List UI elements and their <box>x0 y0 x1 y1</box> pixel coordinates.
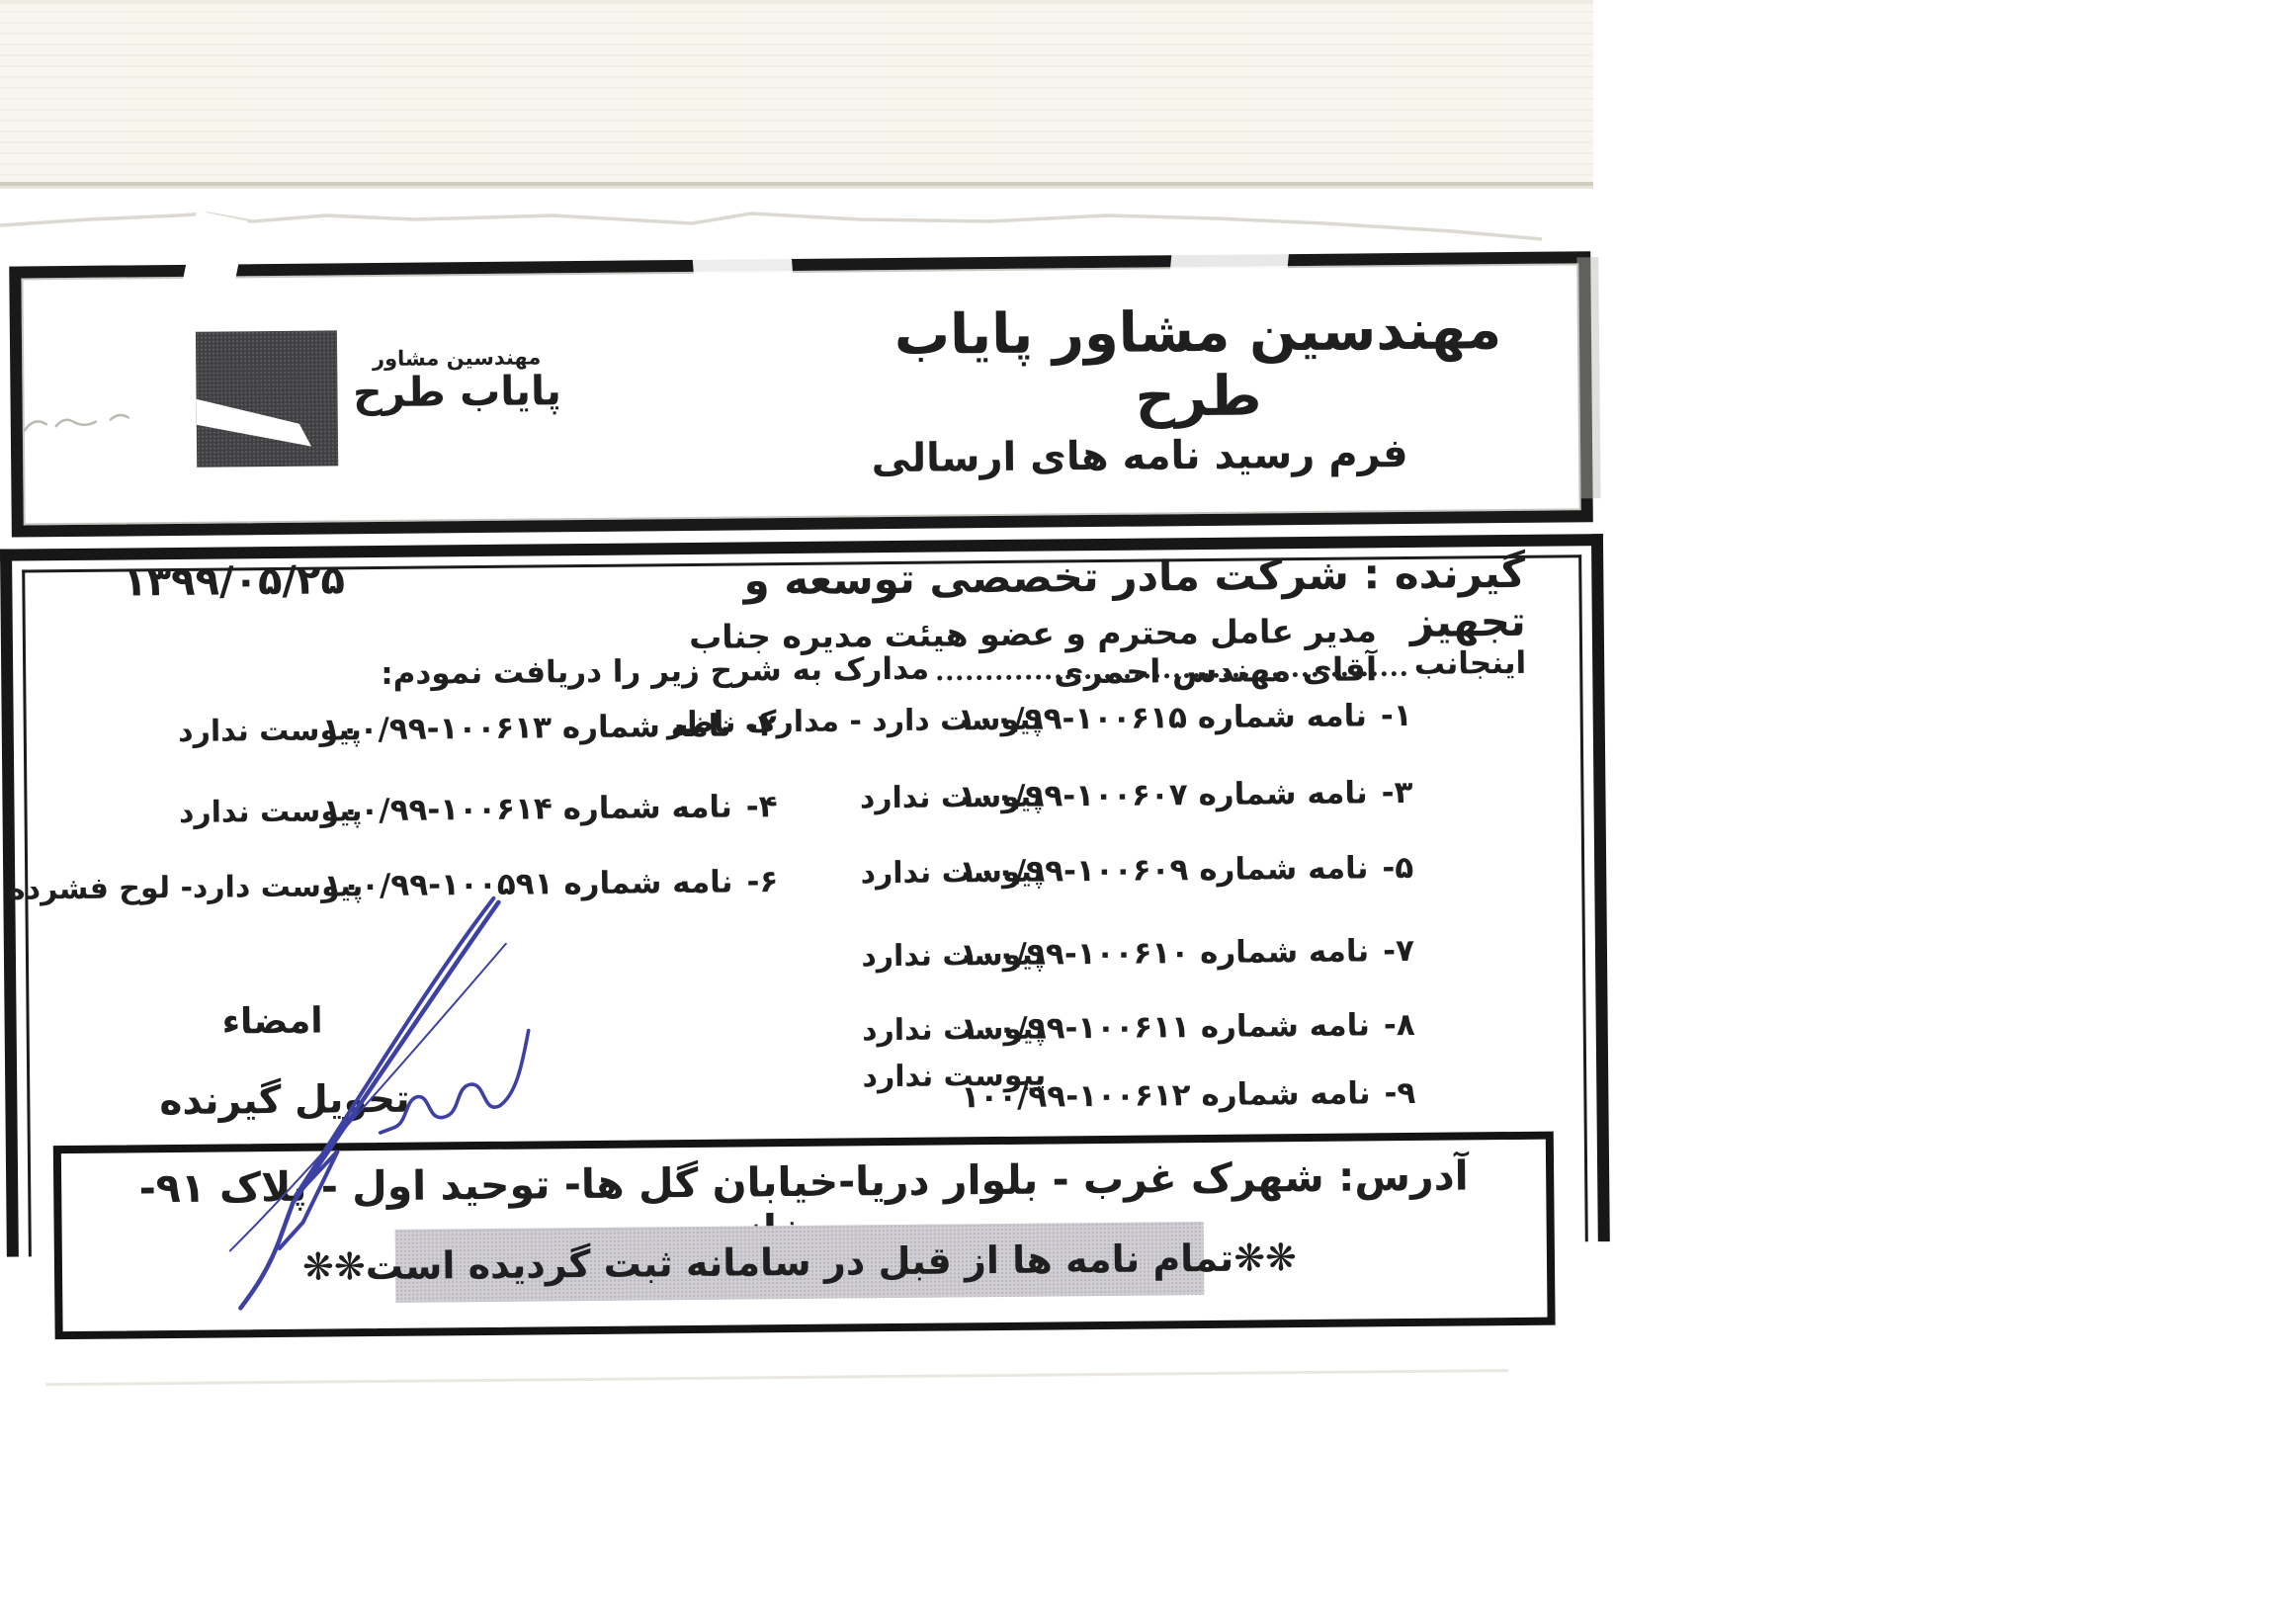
handwritten-signature <box>179 882 568 1325</box>
item-label: نامه شماره <box>1199 850 1368 888</box>
letter-item-2: ۲-نامه شماره ۱۰۰/۹۹-۱۰۰۶۱۳ پیوست ندارد <box>125 708 777 749</box>
letter-item-1: ۱-نامه شماره ۱۰۰/۹۹-۱۰۰۶۱۵ پیوست دارد - … <box>803 698 1412 739</box>
payab-logo-icon <box>196 330 338 467</box>
item-label: نامه شماره <box>1201 1075 1370 1113</box>
item-number: ۱- <box>1381 698 1412 733</box>
tear-patch <box>692 240 794 290</box>
item-label: نامه شماره <box>1198 775 1367 812</box>
form-subtitle: فرم رسید نامه های ارسالی <box>843 431 1436 482</box>
item-number: ۶- <box>746 864 778 899</box>
attachment-status: پیوست ندارد <box>125 794 362 830</box>
letter-item-5: ۵-نامه شماره ۱۰۰/۹۹-۱۰۰۶۰۹ پیوست ندارد <box>804 850 1413 892</box>
letter-item-8: ۸-نامه شماره ۱۰۰/۹۹-۱۰۰۶۱۱ پیوست ندارد <box>806 1007 1415 1049</box>
item-number: ۸- <box>1384 1007 1415 1043</box>
logo-wordmark: مهندسین مشاور پایاب طرح <box>348 346 566 414</box>
item-label: نامه شماره <box>1198 698 1367 735</box>
item-number: ۴- <box>746 789 778 824</box>
receipt-statement-suffix: مدارک به شرح زیر را دریافت نمودم: <box>381 651 929 692</box>
item-number: ۹- <box>1384 1075 1415 1111</box>
scan-shadow <box>1576 257 1600 498</box>
receipt-statement-prefix: اینجانب <box>1414 645 1527 682</box>
faint-pencil-mark <box>17 399 146 455</box>
scan-streak <box>45 1369 1508 1386</box>
item-label: نامه شماره <box>1200 933 1369 971</box>
letter-item-4: ۴-نامه شماره ۱۰۰/۹۹-۱۰۰۶۱۴ پیوست ندارد <box>125 789 777 830</box>
scanned-receipt-form: مهندسین مشاور پایاب طرح مهندسین مشاور پا… <box>0 0 2296 1619</box>
dotted-fill-line <box>937 670 1406 681</box>
item-label: نامه شماره <box>1201 1007 1370 1045</box>
letter-item-7: ۷-نامه شماره ۱۰۰/۹۹-۱۰۰۶۱۰ پیوست ندارد <box>805 933 1414 975</box>
attachment-status: پیوست ندارد <box>805 938 1045 975</box>
page-title: مهندسین مشاور پایاب طرح <box>892 298 1505 432</box>
receipt-date: ۱۳۹۹/۰۵/۲۵ <box>123 557 399 606</box>
item-label: نامه شماره <box>563 865 732 902</box>
item-number: ۳- <box>1381 775 1412 810</box>
item-label: نامه شماره <box>562 790 731 827</box>
attachment-status: پیوست ندارد <box>806 1012 1046 1049</box>
item-number: ۷- <box>1383 933 1414 969</box>
letter-item-3: ۳-نامه شماره ۱۰۰/۹۹-۱۰۰۶۰۷ پیوست ندارد <box>803 775 1412 816</box>
attachment-status: پیوست ندارد <box>804 855 1044 892</box>
item-number: ۲- <box>745 708 777 743</box>
paper: مهندسین مشاور پایاب طرح مهندسین مشاور پا… <box>0 0 1617 1421</box>
item-number: ۵- <box>1382 850 1413 886</box>
item-label: نامه شماره <box>562 709 731 746</box>
letter-item-9: ۹-نامه شماره ۱۰۰/۹۹-۱۰۰۶۱۲ پیوست ندارد <box>806 1075 1415 1117</box>
tear-patch <box>1169 227 1290 290</box>
attachment-status: پیوست ندارد <box>806 1059 1046 1095</box>
attachment-status: پیوست ندارد <box>125 713 362 749</box>
header-box: مهندسین مشاور پایاب طرح مهندسین مشاور پا… <box>9 251 1593 537</box>
logo-wordmark-large: پایاب طرح <box>348 370 565 414</box>
attachment-status: پیوست ندارد <box>803 780 1043 816</box>
